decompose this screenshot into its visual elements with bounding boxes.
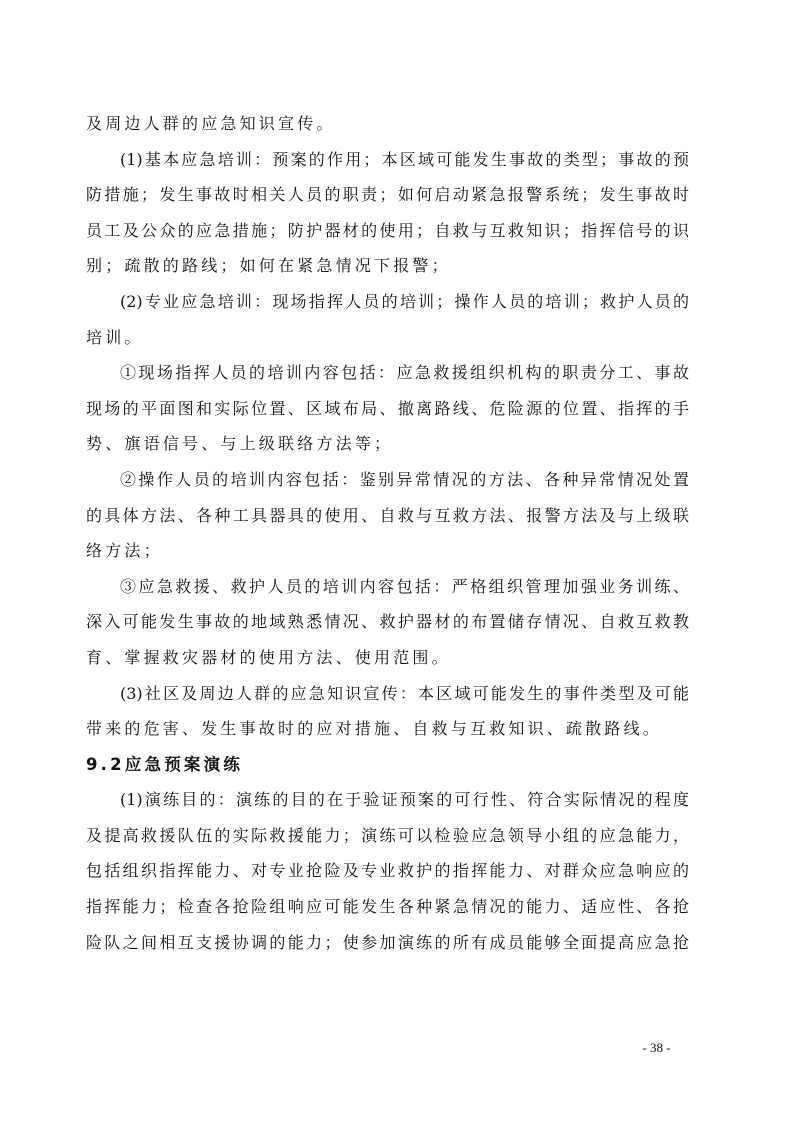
text-line: 带来的危害、发生事故时的应对措施、自救与互救知识、疏散路线。 (86, 711, 689, 747)
text-line: 防措施；发生事故时相关人员的职责；如何启动紧急报警系统；发生事故时 (86, 177, 689, 213)
text-line: 包括组织指挥能力、对专业抢险及专业救护的指挥能力、对群众应急响应的 (86, 853, 689, 889)
text-line: 险队之间相互支援协调的能力；使参加演练的所有成员能够全面提高应急抢 (86, 925, 689, 961)
page-number: - 38 - (607, 1040, 707, 1056)
text-line: 培训。 (86, 320, 689, 356)
text-line: (1)演练目的：演练的目的在于验证预案的可行性、符合实际情况的程度 (86, 782, 689, 818)
text-line: 深入可能发生事故的地域熟悉情况、救护器材的布置储存情况、自救互救教 (86, 604, 689, 640)
text-line: 络方法； (86, 533, 689, 569)
text-line: (2)专业应急培训：现场指挥人员的培训；操作人员的培训；救护人员的 (86, 284, 689, 320)
text-line: 别；疏散的路线；如何在紧急情况下报警； (86, 248, 689, 284)
page-footer: - 38 - (0, 1040, 793, 1056)
text-line: 的具体方法、各种工具器具的使用、自救与互救方法、报警方法及与上级联 (86, 498, 689, 534)
section-heading: 9.2应急预案演练 (86, 747, 689, 783)
text-line: 势、旗语信号、与上级联络方法等； (86, 426, 689, 462)
text-line: (3)社区及周边人群的应急知识宣传：本区域可能发生的事件类型及可能 (86, 676, 689, 712)
text-line: 员工及公众的应急措施；防护器材的使用；自救与互救知识；指挥信号的识 (86, 213, 689, 249)
text-line: 及提高救援队伍的实际救援能力；演练可以检验应急领导小组的应急能力， (86, 818, 689, 854)
document-body: 及周边人群的应急知识宣传。(1)基本应急培训：预案的作用；本区域可能发生事故的类… (86, 106, 689, 960)
text-line: 现场的平面图和实际位置、区域布局、撤离路线、危险源的位置、指挥的手 (86, 391, 689, 427)
text-line: ②操作人员的培训内容包括：鉴别异常情况的方法、各种异常情况处置 (86, 462, 689, 498)
text-line: 指挥能力；检查各抢险组响应可能发生各种紧急情况的能力、适应性、各抢 (86, 889, 689, 925)
text-line: (1)基本应急培训：预案的作用；本区域可能发生事故的类型；事故的预 (86, 142, 689, 178)
text-line: 育、掌握救灾器材的使用方法、使用范围。 (86, 640, 689, 676)
text-line: ③应急救援、救护人员的培训内容包括：严格组织管理加强业务训练、 (86, 569, 689, 605)
text-line: 及周边人群的应急知识宣传。 (86, 106, 689, 142)
text-line: ①现场指挥人员的培训内容包括：应急救援组织机构的职责分工、事故 (86, 355, 689, 391)
